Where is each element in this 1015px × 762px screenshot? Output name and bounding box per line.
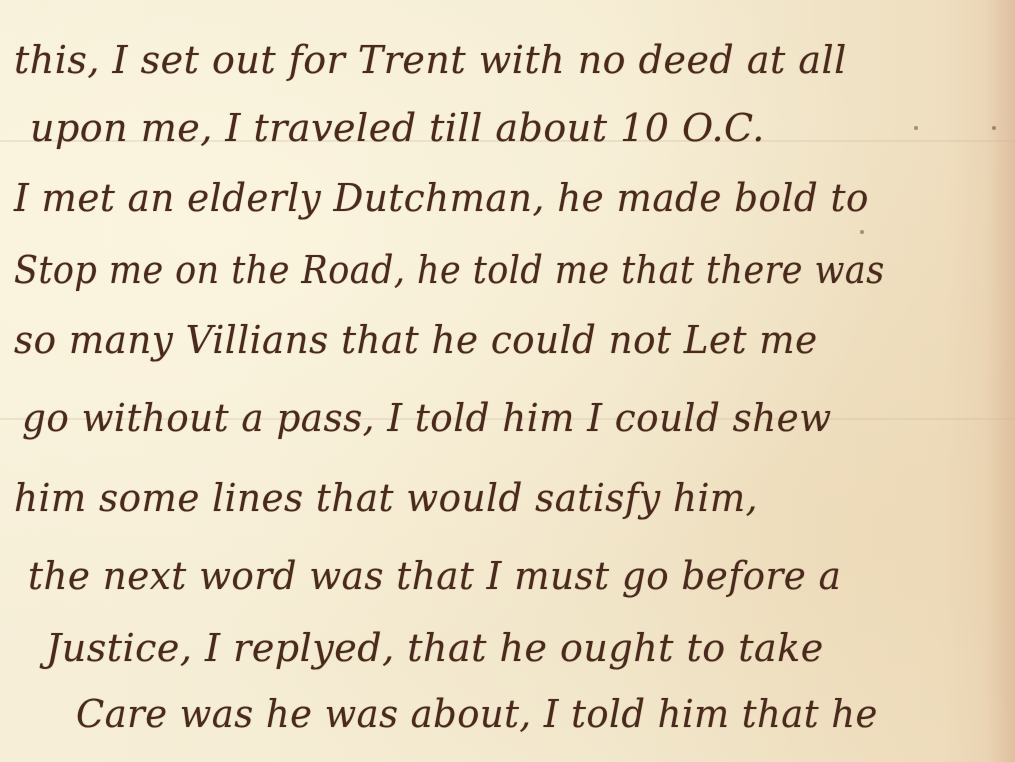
manuscript-line-5: so many Villians that he could not Let m… <box>14 318 818 362</box>
page-edge-shadow <box>987 0 1015 762</box>
manuscript-line-9: Justice, I replyed, that he ought to tak… <box>46 626 824 670</box>
manuscript-page: this, I set out for Trent with no deed a… <box>0 0 1015 762</box>
manuscript-line-2: upon me, I traveled till about 10 O.C. <box>30 106 765 150</box>
ink-speck <box>992 126 996 130</box>
manuscript-line-8: the next word was that I must go before … <box>28 554 841 598</box>
manuscript-line-10: Care was he was about, I told him that h… <box>76 692 878 736</box>
manuscript-line-3: I met an elderly Dutchman, he made bold … <box>14 176 869 220</box>
manuscript-line-7: him some lines that would satisfy him, <box>14 476 758 520</box>
manuscript-line-4: Stop me on the Road, he told me that the… <box>14 248 885 292</box>
manuscript-line-6: go without a pass, I told him I could sh… <box>22 396 832 440</box>
ink-speck <box>914 126 918 130</box>
ink-speck <box>860 230 864 234</box>
manuscript-line-1: this, I set out for Trent with no deed a… <box>14 38 847 82</box>
